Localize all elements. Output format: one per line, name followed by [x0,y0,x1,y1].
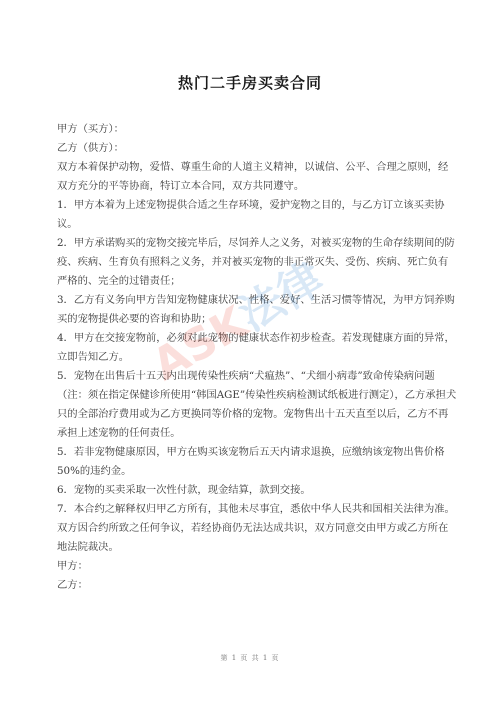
signature-party-b: 乙方： [57,576,457,595]
page-number-footer: 第 1 页 共 1 页 [0,653,500,663]
clause-6: 6．宠物的买卖采取一次性付款，现金结算，款到交接。 [57,481,457,500]
clause-5b: 5．若非宠物健康原因，甲方在购买该宠物后五天内请求退换，应缴纳该宠物出售价格50… [57,443,457,481]
clause-7: 7．本合约之解释权归甲乙方所有，其他未尽事宜，悉依中华人民共和国相关法律为准。双… [57,500,457,557]
clause-4: 4．甲方在交接宠物前，必须对此宠物的健康状态作初步检查。若发现健康方面的异常，立… [57,329,457,367]
party-b-seller-line: 乙方（供方）： [57,139,457,158]
document-body: 甲方（买方）： 乙方（供方）： 双方本着保护动物，爱惜、尊重生命的人道主义精神，… [57,120,457,595]
document-title: 热门二手房买卖合同 [0,72,500,93]
clause-2: 2．甲方承诺购买的宠物交接完毕后，尽饲养人之义务，对被买宠物的生命存续期间的防疫… [57,234,457,291]
party-a-buyer-line: 甲方（买方）： [57,120,457,139]
clause-3: 3．乙方有义务向甲方告知宠物健康状况、性格、爱好、生活习惯等情况，为甲方饲养购买… [57,291,457,329]
preamble-paragraph: 双方本着保护动物，爱惜、尊重生命的人道主义精神，以诚信、公平、合理之原则，经双方… [57,158,457,196]
document-page: 热门二手房买卖合同 甲方（买方）： 乙方（供方）： 双方本着保护动物，爱惜、尊重… [0,0,500,706]
clause-1: 1．甲方本着为上述宠物提供合适之生存环境，爱护宠物之目的，与乙方订立该买卖协议。 [57,196,457,234]
clause-5: 5．宠物在出售后十五天内出现传染性疾病“犬瘟热”、“犬细小病毒”致命传染病问题（… [57,367,457,443]
signature-party-a: 甲方： [57,557,457,576]
